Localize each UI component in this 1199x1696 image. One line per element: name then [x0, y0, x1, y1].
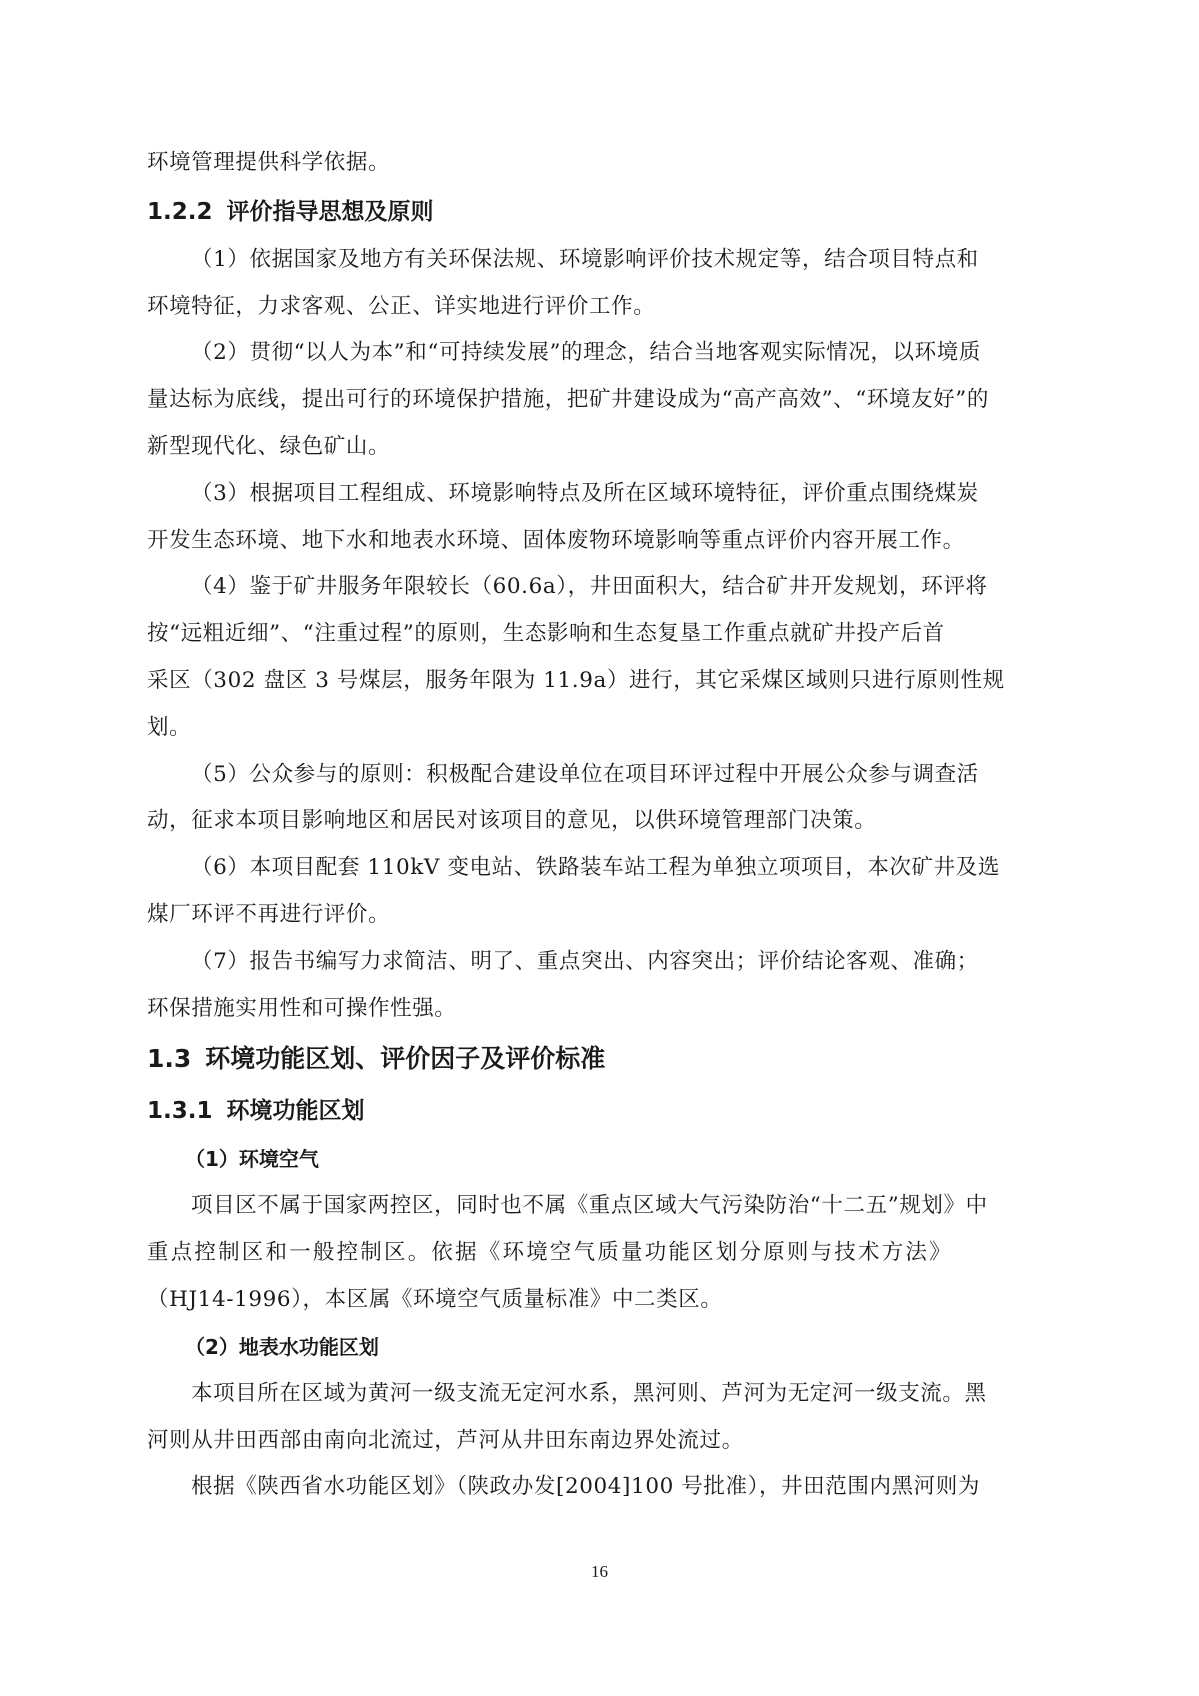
subheading-ambient-air: （1）环境空气	[147, 1136, 1053, 1183]
paragraph-line: 河则从井田西部由南向北流过，芦河从井田东南边界处流过。	[147, 1418, 1053, 1465]
section-title: 环境功能区划、评价因子及评价标准	[205, 1044, 605, 1073]
paragraph-1: （1）依据国家及地方有关环保法规、环境影响评价技术规定等，结合项目特点和 环境特…	[147, 237, 1053, 331]
paragraph-2: （2）贯彻“以人为本”和“可持续发展”的理念，结合当地客观实际情况，以环境质 量…	[147, 330, 1053, 470]
document-page: 环境管理提供科学依据。 1.2.2评价指导思想及原则 （1）依据国家及地方有关环…	[147, 140, 1053, 1511]
paragraph-line: （6）本项目配套 110kV 变电站、铁路装车站工程为单独立项项目，本次矿井及选	[147, 845, 1053, 892]
paragraph-line: 环境管理提供科学依据。	[147, 140, 1053, 187]
page-number: 16	[0, 1562, 1199, 1582]
paragraph-surface-water: 本项目所在区域为黄河一级支流无定河水系，黑河则、芦河为无定河一级支流。黑 河则从…	[147, 1371, 1053, 1465]
section-title: 评价指导思想及原则	[227, 199, 434, 225]
section-number: 1.3	[147, 1032, 191, 1086]
paragraph-line: （3）根据项目工程组成、环境影响特点及所在区域环境特征，评价重点围绕煤炭	[147, 471, 1053, 518]
paragraph-line: 煤厂环评不再进行评价。	[147, 892, 1053, 939]
paragraph-line: 按“远粗近细”、“注重过程”的原则，生态影响和生态复垦工作重点就矿井投产后首	[147, 611, 1053, 658]
paragraph-line: 环境特征，力求客观、公正、详实地进行评价工作。	[147, 284, 1053, 331]
paragraph-line: （1）依据国家及地方有关环保法规、环境影响评价技术规定等，结合项目特点和	[147, 237, 1053, 284]
paragraph-line: 采区（302 盘区 3 号煤层，服务年限为 11.9a）进行，其它采煤区域则只进…	[147, 658, 1053, 705]
section-number: 1.3.1	[147, 1086, 213, 1136]
paragraph-line: （7）报告书编写力求简洁、明了、重点突出、内容突出；评价结论客观、准确；	[147, 939, 1053, 986]
paragraph-line: 新型现代化、绿色矿山。	[147, 424, 1053, 471]
paragraph-6: （6）本项目配套 110kV 变电站、铁路装车站工程为单独立项项目，本次矿井及选…	[147, 845, 1053, 939]
paragraph-7: （7）报告书编写力求简洁、明了、重点突出、内容突出；评价结论客观、准确； 环保措…	[147, 939, 1053, 1033]
paragraph-line: 根据《陕西省水功能区划》（陕政办发[2004]100 号批准），井田范围内黑河则…	[147, 1464, 1053, 1511]
paragraph-ambient-air: 项目区不属于国家两控区，同时也不属《重点区域大气污染防治“十二五”规划》中 重点…	[147, 1183, 1053, 1323]
paragraph-water-zoning: 根据《陕西省水功能区划》（陕政办发[2004]100 号批准），井田范围内黑河则…	[147, 1464, 1053, 1511]
paragraph-line: （HJ14-1996），本区属《环境空气质量标准》中二类区。	[147, 1277, 1053, 1324]
paragraph-3: （3）根据项目工程组成、环境影响特点及所在区域环境特征，评价重点围绕煤炭 开发生…	[147, 471, 1053, 565]
paragraph-line: 环保措施实用性和可操作性强。	[147, 986, 1053, 1033]
paragraph-line: （4）鉴于矿井服务年限较长（60.6a），井田面积大，结合矿井开发规划，环评将	[147, 564, 1053, 611]
paragraph-4: （4）鉴于矿井服务年限较长（60.6a），井田面积大，结合矿井开发规划，环评将 …	[147, 564, 1053, 751]
paragraph-line: 开发生态环境、地下水和地表水环境、固体废物环境影响等重点评价内容开展工作。	[147, 518, 1053, 565]
paragraph-line: 动，征求本项目影响地区和居民对该项目的意见，以供环境管理部门决策。	[147, 798, 1053, 845]
section-heading-1-2-2: 1.2.2评价指导思想及原则	[147, 187, 1053, 237]
section-number: 1.2.2	[147, 187, 213, 237]
section-title: 环境功能区划	[227, 1098, 365, 1124]
section-heading-1-3: 1.3环境功能区划、评价因子及评价标准	[147, 1032, 1053, 1086]
paragraph-line: 重点控制区和一般控制区。依据《环境空气质量功能区划分原则与技术方法》	[147, 1230, 1053, 1277]
subheading-surface-water: （2）地表水功能区划	[147, 1324, 1053, 1371]
paragraph-line: （5）公众参与的原则：积极配合建设单位在项目环评过程中开展公众参与调查活	[147, 752, 1053, 799]
paragraph-5: （5）公众参与的原则：积极配合建设单位在项目环评过程中开展公众参与调查活 动，征…	[147, 752, 1053, 846]
paragraph-line: 量达标为底线，提出可行的环境保护措施，把矿井建设成为“高产高效”、“环境友好”的	[147, 377, 1053, 424]
paragraph-line: 项目区不属于国家两控区，同时也不属《重点区域大气污染防治“十二五”规划》中	[147, 1183, 1053, 1230]
section-heading-1-3-1: 1.3.1环境功能区划	[147, 1086, 1053, 1136]
paragraph-line: 划。	[147, 705, 1053, 752]
paragraph-line: 本项目所在区域为黄河一级支流无定河水系，黑河则、芦河为无定河一级支流。黑	[147, 1371, 1053, 1418]
paragraph-line: （2）贯彻“以人为本”和“可持续发展”的理念，结合当地客观实际情况，以环境质	[147, 330, 1053, 377]
